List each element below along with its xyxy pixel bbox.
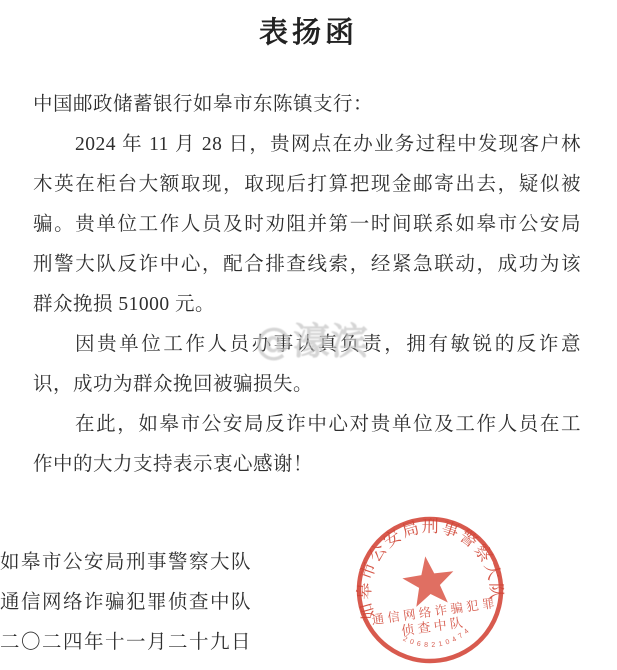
body-line: 识，成功为群众挽回被骗损失。	[33, 365, 581, 405]
signature-date: 二〇二四年十一月二十九日	[0, 623, 561, 663]
signature-block: 如皋市公安局刑事警察大队 通信网络诈骗犯罪侦查中队 二〇二四年十一月二十九日	[0, 543, 617, 663]
body-line: 作中的大力支持表示衷心感谢！	[33, 445, 581, 485]
signature-squad: 通信网络诈骗犯罪侦查中队	[0, 583, 561, 623]
letter-body: 中国邮政储蓄银行如皋市东陈镇支行： 2024 年 11 月 28 日，贵网点在办…	[0, 85, 617, 485]
body-line: 骗。贵单位工作人员及时劝阻并第一时间联系如皋市公安局	[33, 205, 581, 245]
signature-unit: 如皋市公安局刑事警察大队	[0, 543, 561, 583]
body-line: 刑警大队反诈中心，配合排查线索，经紧急联动，成功为该	[33, 245, 581, 285]
page-title: 表扬函	[0, 10, 617, 56]
commendation-letter-page: 表扬函 中国邮政储蓄银行如皋市东陈镇支行： 2024 年 11 月 28 日，贵…	[0, 0, 617, 670]
body-line: 因贵单位工作人员办事认真负责，拥有敏锐的反诈意	[33, 325, 581, 365]
body-line: 在此，如皋市公安局反诈中心对贵单位及工作人员在工	[33, 405, 581, 445]
body-line: 2024 年 11 月 28 日，贵网点在办业务过程中发现客户林	[33, 125, 581, 165]
body-line: 群众挽损 51000 元。	[33, 285, 581, 325]
body-line: 木英在柜台大额取现，取现后打算把现金邮寄出去，疑似被	[33, 165, 581, 205]
salutation: 中国邮政储蓄银行如皋市东陈镇支行：	[33, 85, 581, 125]
